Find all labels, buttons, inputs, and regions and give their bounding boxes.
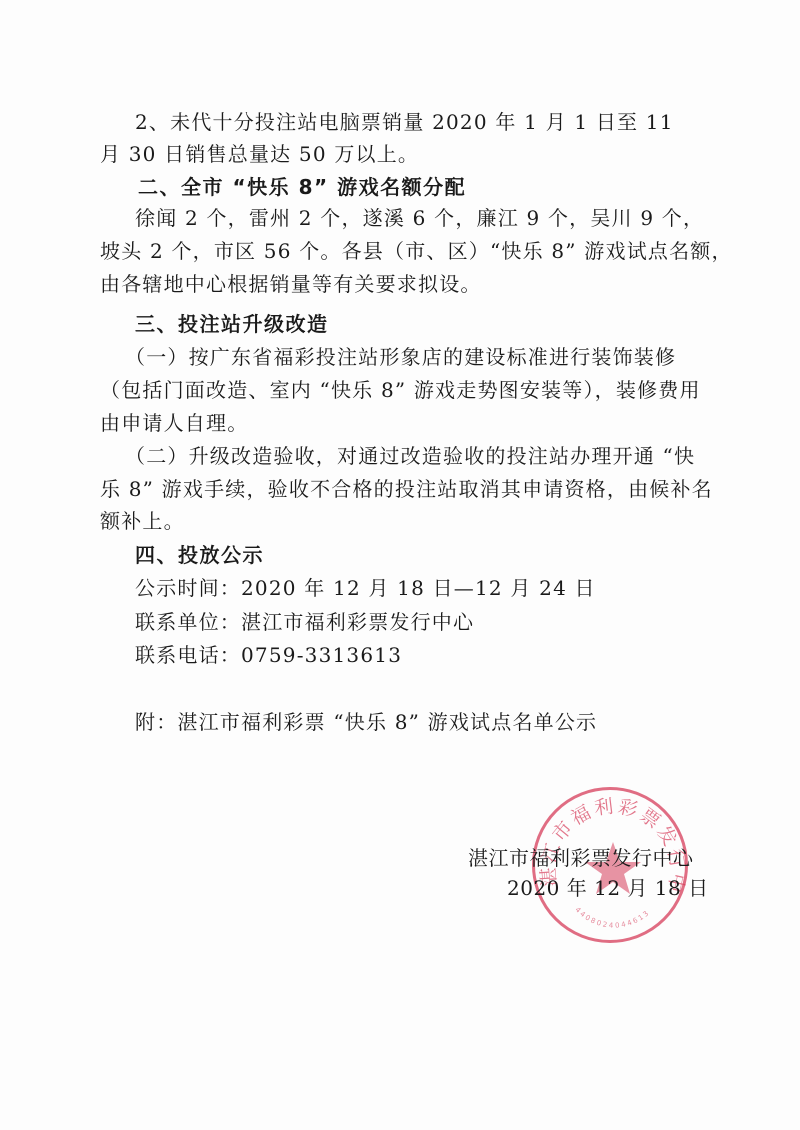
section-heading: 四、投放公示 xyxy=(135,543,264,567)
paragraph-line: 联系电话：0759-3313613 xyxy=(135,643,402,667)
section-heading: 二、全市 “快乐 8” 游戏名额分配 xyxy=(138,175,466,199)
paragraph-line: 公示时间：2020 年 12 月 18 日—12 月 24 日 xyxy=(135,576,596,600)
paragraph-line: （二）升级改造验收，对通过改造验收的投注站办理开通 “快 xyxy=(125,444,695,468)
signature-organization: 湛江市福利彩票发行中心 xyxy=(468,846,694,870)
paragraph-line: （一）按广东省福彩投注站形象店的建设标准进行装饰装修 xyxy=(125,345,676,369)
paragraph-line: 联系单位：湛江市福利彩票发行中心 xyxy=(135,610,474,634)
paragraph-line: 由各辖地中心根据销量等有关要求拟设。 xyxy=(100,272,482,296)
paragraph-line: 附：湛江市福利彩票 “快乐 8” 游戏试点名单公示 xyxy=(135,710,597,734)
paragraph-line: 月 30 日销售总量达 50 万以上。 xyxy=(100,142,419,166)
paragraph-line: （包括门面改造、室内 “快乐 8” 游戏走势图安装等），装修费用 xyxy=(100,378,701,402)
svg-text:4408024044613: 4408024044613 xyxy=(573,906,651,930)
section-heading: 三、投注站升级改造 xyxy=(135,312,329,336)
paragraph-line: 徐闻 2 个，雷州 2 个，遂溪 6 个，廉江 9 个，吴川 9 个， xyxy=(135,206,704,230)
paragraph-line: 坡头 2 个，市区 56 个。各县（市、区）“快乐 8” 游戏试点名额， xyxy=(100,239,733,263)
paragraph-line: 由申请人自理。 xyxy=(100,411,248,435)
paragraph-line: 2、未代十分投注站电脑票销量 2020 年 1 月 1 日至 11 xyxy=(135,110,674,134)
paragraph-line: 乐 8” 游戏手续，验收不合格的投注站取消其申请资格，由候补名 xyxy=(100,477,713,501)
paragraph-line: 额补上。 xyxy=(100,509,185,533)
signature-date: 2020 年 12 月 18 日 xyxy=(507,876,709,900)
